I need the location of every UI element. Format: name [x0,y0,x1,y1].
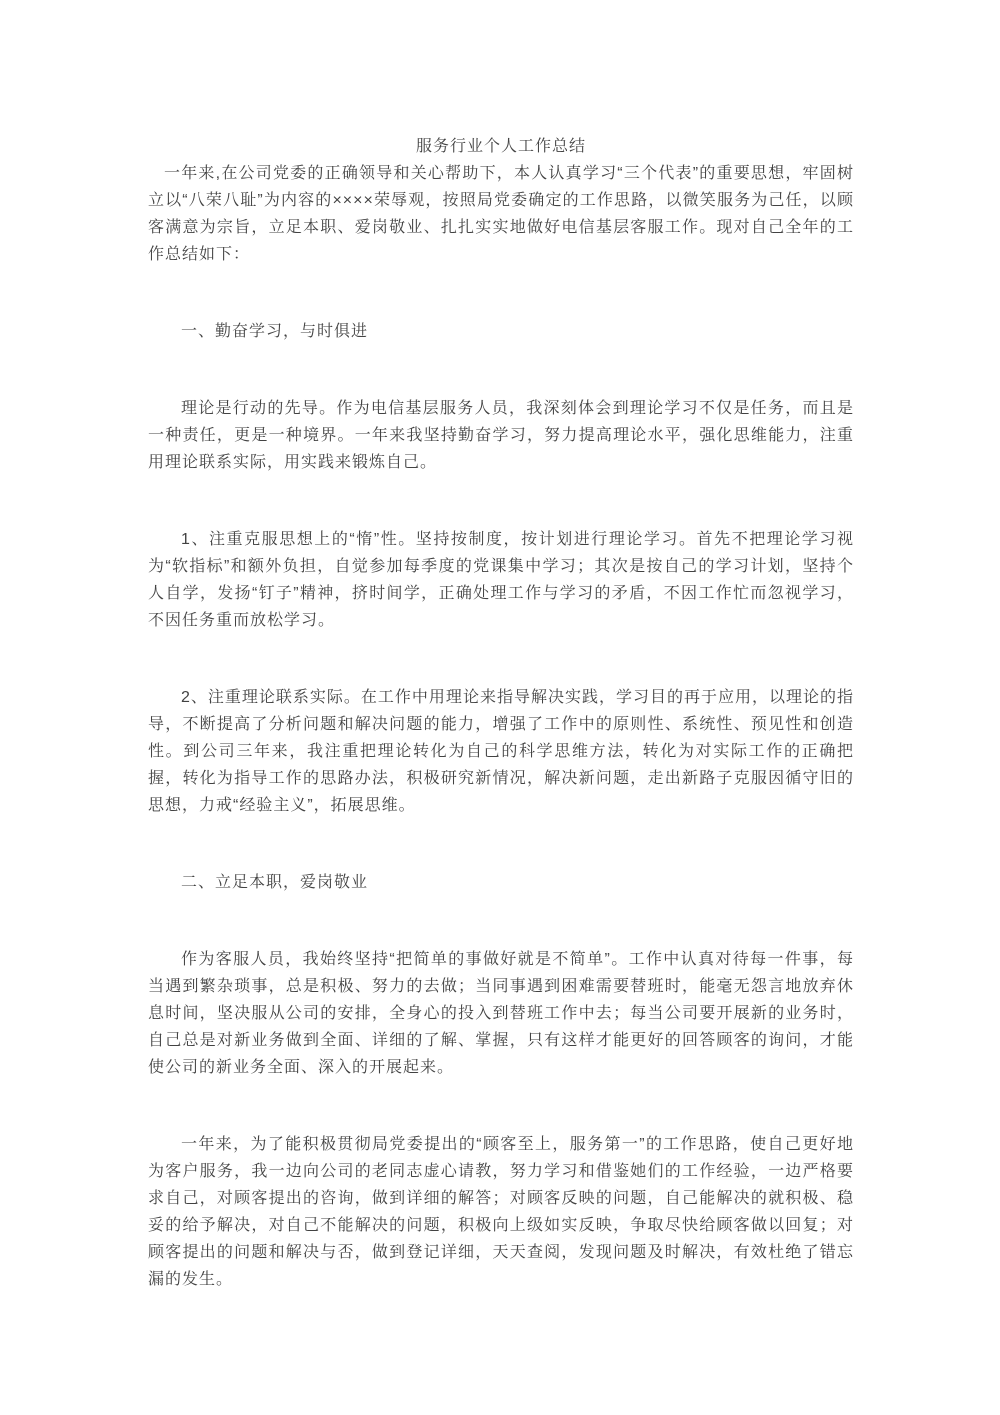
section-2-paragraph-1: 作为客服人员，我始终坚持“把简单的事做好就是不简单”。工作中认真对待每一件事，每… [148,946,854,1081]
section-2-paragraph-2: 一年来，为了能积极贯彻局党委提出的“顾客至上，服务第一”的工作思路，使自己更好地… [148,1131,854,1293]
section-1-paragraph-3: 2、注重理论联系实际。在工作中用理论来指导解决实践，学习目的再于应用，以理论的指… [148,684,854,819]
document-body: 服务行业个人工作总结 一年来,在公司党委的正确领导和关心帮助下，本人认真学习“三… [148,133,854,1293]
intro-paragraph: 一年来,在公司党委的正确领导和关心帮助下，本人认真学习“三个代表”的重要思想，牢… [148,160,854,268]
section-1-paragraph-1: 理论是行动的先导。作为电信基层服务人员，我深刻体会到理论学习不仅是任务，而且是一… [148,395,854,476]
section-1-paragraph-2: 1、注重克服思想上的“惰”性。坚持按制度，按计划进行理论学习。首先不把理论学习视… [148,526,854,634]
document-page: 服务行业个人工作总结 一年来,在公司党委的正确领导和关心帮助下，本人认真学习“三… [0,0,1000,1415]
document-title: 服务行业个人工作总结 [148,133,854,160]
section-1-heading: 一、勤奋学习，与时俱进 [148,318,854,345]
section-2-heading: 二、立足本职，爱岗敬业 [148,869,854,896]
